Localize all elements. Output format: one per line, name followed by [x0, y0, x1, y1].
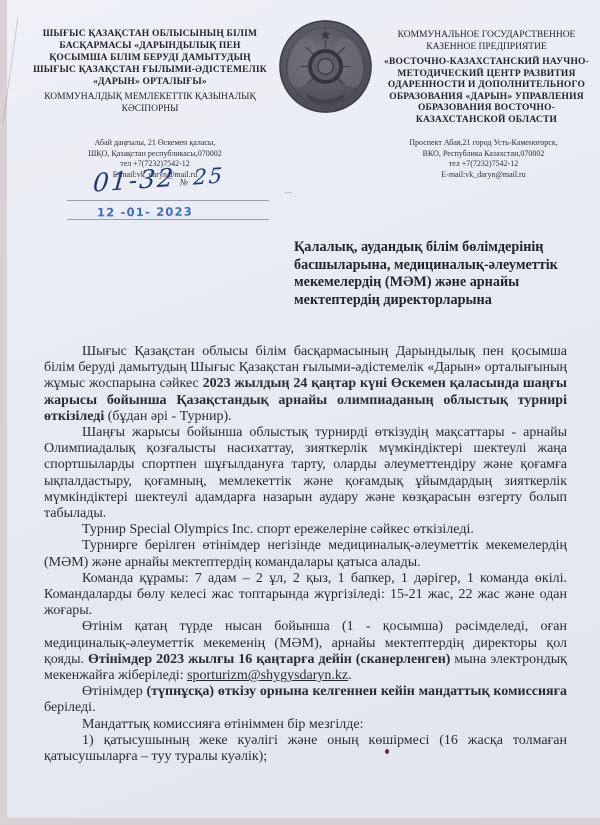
scanned-letter-page: ШЫҒЫС ҚАЗАҚСТАН ОБЛЫСЫНЫҢ БІЛІМ БАСҚАРМА… — [7, 0, 600, 818]
org-type-russian: КОММУНАЛЬНОЕ ГОСУДАРСТВЕННОЕ КАЗЕННОЕ ПР… — [381, 30, 592, 53]
letter-body: Шығыс Қазақстан облысы білім басқармасын… — [44, 344, 567, 765]
text-segment: . — [348, 668, 352, 683]
body-paragraph: Өтінімдер (түпнұсқа) өткізу орнына келге… — [44, 684, 567, 716]
body-paragraph: Турнир Special Olympics Inc. спорт ереже… — [44, 522, 567, 538]
kazakhstan-emblem-icon — [277, 18, 374, 115]
text-segment: Мандаттық комиссияға өтініммен бір мезгі… — [82, 717, 364, 732]
text-segment: (бұдан әрі - Турнир). — [104, 409, 231, 424]
text-segment: Команда құрамы: 7 адам – 2 ұл, 2 қыз, 1 … — [44, 571, 567, 618]
text-segment: (түпнұсқа) өткізу орнына келгеннен кейін… — [146, 684, 567, 699]
text-segment: Өтінімдер 2023 жылғы 16 қаңтарға дейін (… — [88, 652, 450, 667]
org-name-russian-main: «ВОСТОЧНО-КАЗАХСТАНСКИЙ НАУЧНО-МЕТОДИЧЕС… — [381, 57, 592, 126]
address-russian: Проспект Абая,21 город Усть-Каменогорск,… — [375, 138, 592, 180]
body-paragraph: 1) қатысушының жеке куәлігі және оның кө… — [44, 733, 567, 765]
body-paragraph: Мандаттық комиссияға өтініммен бір мезгі… — [44, 717, 567, 733]
ink-speck — [385, 749, 389, 754]
org-type-kazakh: КОММУНАЛДЫҚ МЕМЛЕКЕТТІК ҚАЗЫНАЛЫҚ КӘСІПО… — [31, 92, 269, 115]
address-line: Проспект Абая,21 город Усть-Каменогорск, — [375, 138, 592, 149]
address-line: тел +7(7232)7542-12 — [375, 159, 592, 170]
body-paragraph: Шығыс Қазақстан облысы білім басқармасын… — [44, 344, 567, 425]
text-segment: беріледі. — [44, 700, 96, 715]
stray-pen-mark: ‒ — [285, 184, 292, 200]
date-stamp-row: 12 -01- 2023 — [67, 201, 269, 219]
body-paragraph: Турнирге берілген өтінімдер негізінде ме… — [44, 538, 567, 570]
email-link[interactable]: sporturizm@shygysdaryn.kz — [187, 668, 348, 683]
doc-number: 25 — [193, 163, 225, 189]
body-paragraph: Шаңғы жарысы бойынша облыстық турнирді ө… — [44, 425, 567, 522]
addressee-block: Қалалық, аудандық білім бөлімдерінің бас… — [294, 239, 581, 309]
outgoing-number: 01-32 — [92, 163, 176, 198]
org-name-kazakh: ШЫҒЫС ҚАЗАҚСТАН ОБЛЫСЫНЫҢ БІЛІМ БАСҚАРМА… — [31, 16, 269, 126]
date-stamp: 12 -01- 2023 — [97, 205, 193, 220]
address-line: ШҚО, Қазақстан республикасы,070002 — [31, 149, 279, 160]
body-paragraph: Команда құрамы: 7 адам – 2 ұл, 2 қыз, 1 … — [44, 571, 567, 620]
letterhead: ШЫҒЫС ҚАЗАҚСТАН ОБЛЫСЫНЫҢ БІЛІМ БАСҚАРМА… — [31, 16, 592, 126]
org-name-russian: КОММУНАЛЬНОЕ ГОСУДАРСТВЕННОЕ КАЗЕННОЕ ПР… — [381, 16, 592, 126]
text-segment: Шаңғы жарысы бойынша облыстық турнирді ө… — [44, 425, 567, 521]
text-segment: 1) қатысушының жеке куәлігі және оның кө… — [44, 733, 567, 764]
body-paragraph: Өтінім қатаң түрде нысан бойынша (1 - қо… — [44, 619, 567, 684]
address-line: E-mail:vk_daryn@mail.ru — [375, 170, 592, 181]
text-segment: Турнир Special Olympics Inc. спорт ереже… — [82, 522, 474, 537]
address-line: ВКО, Республика Казахстан,070002 — [375, 149, 592, 160]
text-segment: Өтінімдер — [82, 684, 146, 699]
address-spacer — [279, 138, 375, 180]
address-line: Абай даңғылы, 21 Өскемен қаласы, — [31, 138, 279, 149]
org-name-kazakh-main: ШЫҒЫС ҚАЗАҚСТАН ОБЛЫСЫНЫҢ БІЛІМ БАСҚАРМА… — [31, 28, 269, 88]
emblem-container — [269, 16, 381, 126]
registration-block: 01-32№25 12 -01- 2023 — [67, 168, 269, 220]
text-segment: Турнирге берілген өтінімдер негізінде ме… — [44, 538, 567, 569]
handwritten-number-row: 01-32№25 — [67, 168, 269, 200]
number-sign: № — [179, 178, 188, 189]
scan-edge-artifact — [3, 18, 19, 122]
